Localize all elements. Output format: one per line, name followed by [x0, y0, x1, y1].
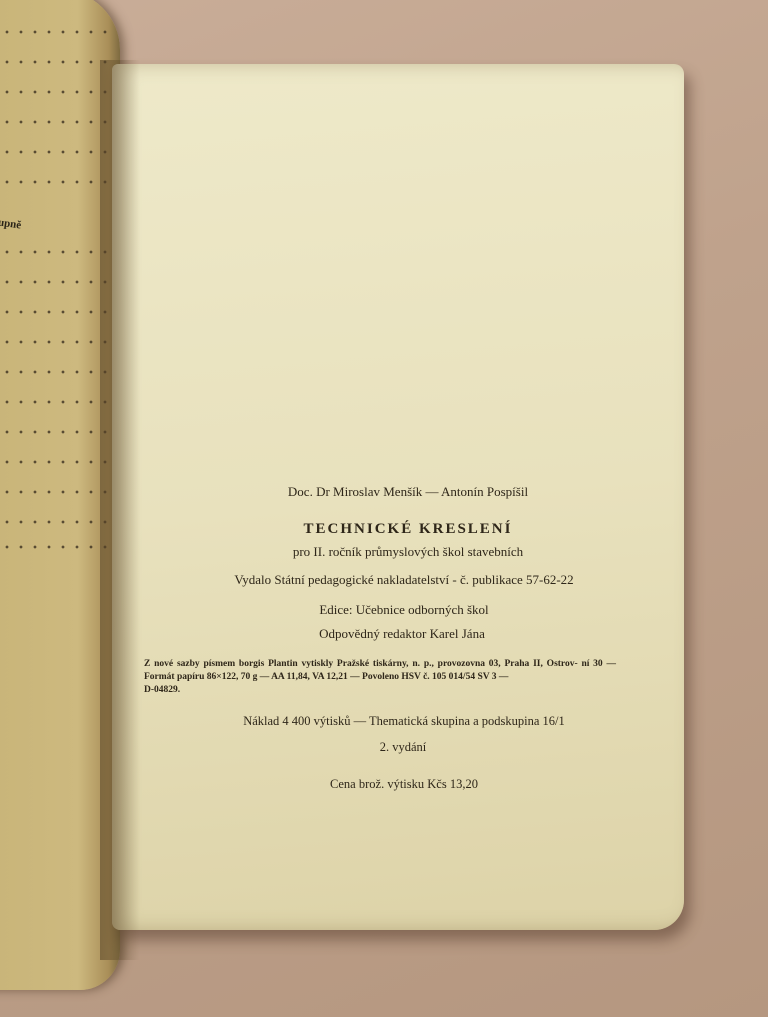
dot-leader [0, 430, 110, 434]
editor: Odpovědný redaktor Karel Jána [120, 626, 684, 642]
dot-leader [0, 340, 110, 344]
dot-leader [0, 60, 110, 64]
partial-word: upně [0, 216, 22, 231]
dot-leader [0, 400, 110, 404]
publisher: Vydalo Státní pedagogické nakladatelství… [124, 572, 684, 588]
edition: 2. vydání [122, 740, 684, 755]
dot-leader [0, 460, 110, 464]
book-title: TECHNICKÉ KRESLENÍ [132, 521, 684, 538]
print-details: Z nové sazby písmem borgis Plantin vytis… [144, 658, 616, 697]
dot-leader [0, 520, 110, 524]
dot-leader [0, 120, 110, 124]
dot-leader [0, 30, 110, 34]
print-details-line-1: Z nové sazby písmem borgis Plantin vytis… [144, 659, 578, 669]
dot-leader [0, 90, 110, 94]
dot-leader [0, 150, 110, 154]
dot-leader [0, 280, 110, 284]
price: Cena brož. výtisku Kčs 13,20 [124, 777, 684, 792]
print-run: Náklad 4 400 výtisků — Thematická skupin… [124, 714, 684, 729]
dot-leader [0, 545, 110, 549]
dot-leader [0, 250, 110, 254]
book-gutter-shadow [100, 60, 140, 960]
dot-leader [0, 490, 110, 494]
dot-leader [0, 310, 110, 314]
print-details-line-3: D-04829. [144, 684, 616, 697]
series: Edice: Učebnice odborných škol [124, 602, 684, 618]
dot-leader [0, 370, 110, 374]
book-subtitle: pro II. ročník průmyslových škol stavebn… [132, 544, 684, 560]
dot-leader [0, 180, 110, 184]
authors: Doc. Dr Miroslav Menšík — Antonín Pospíš… [132, 484, 684, 500]
right-page: Doc. Dr Miroslav Menšík — Antonín Pospíš… [112, 64, 684, 930]
